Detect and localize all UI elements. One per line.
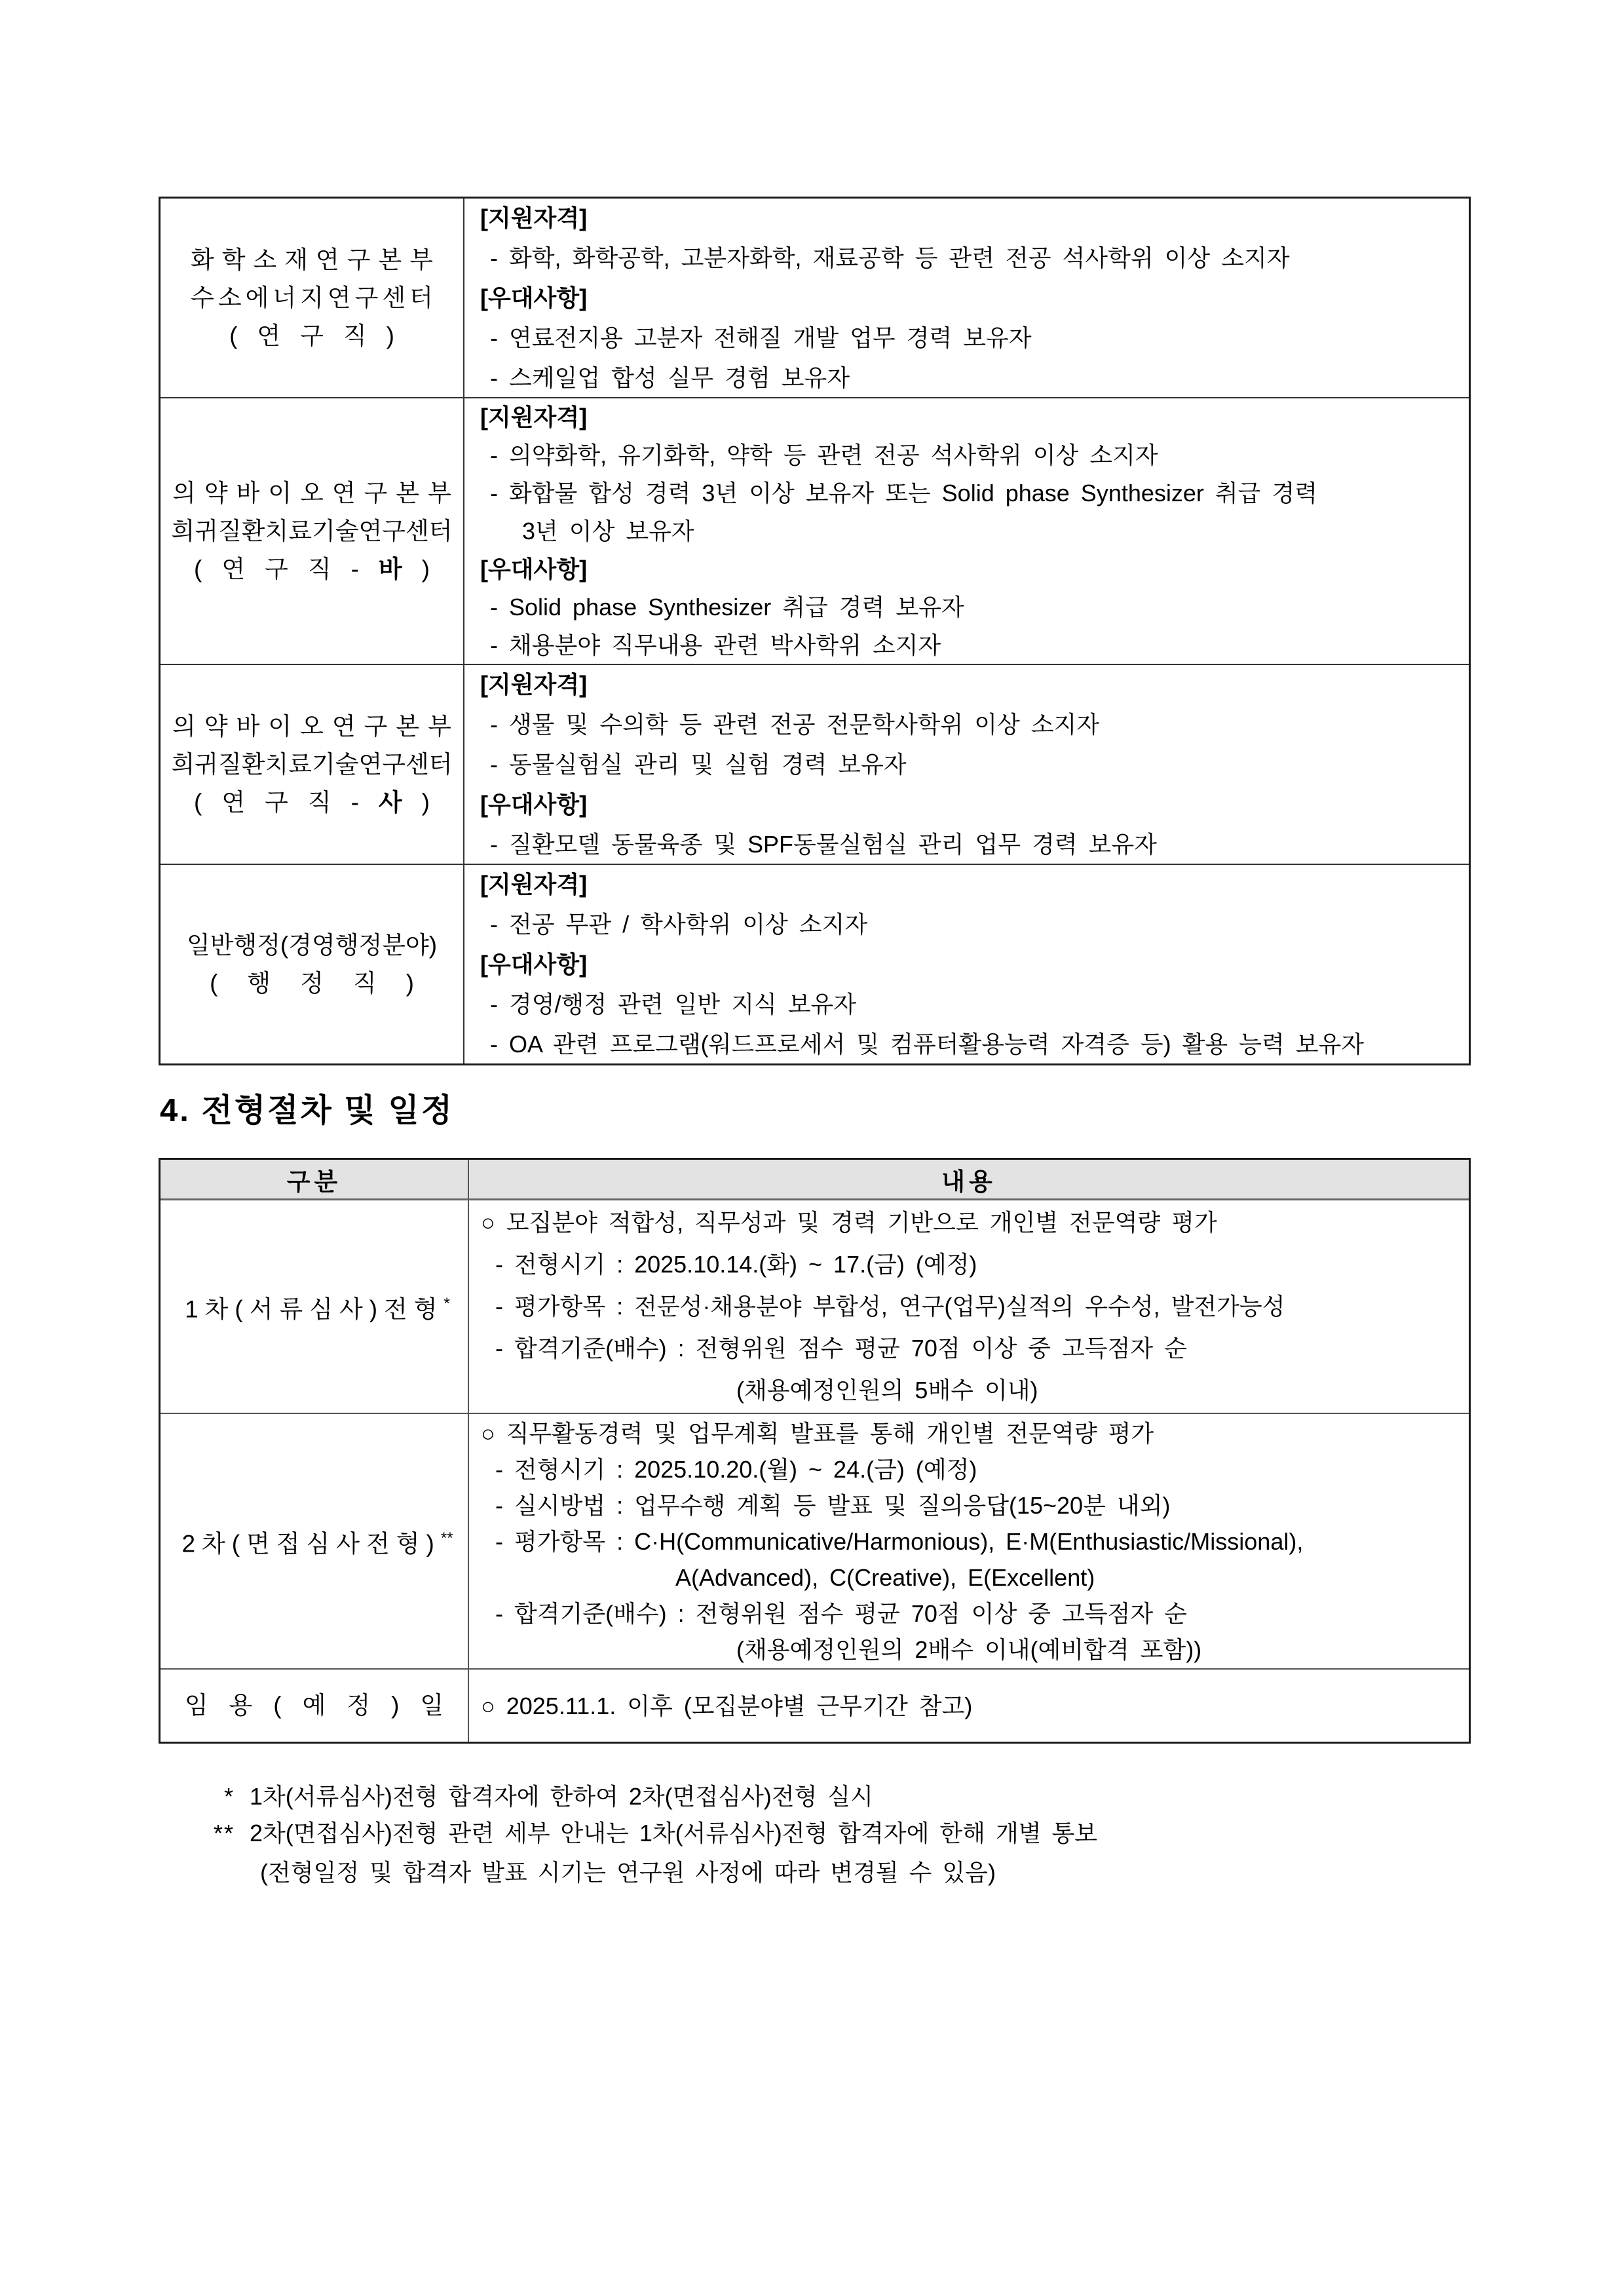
footnote-text: 2차(면접심사)전형 관련 세부 안내는 1차(서류심사)전형 합격자에 한해 …: [250, 1815, 1097, 1852]
header-cell-category: 구분: [161, 1160, 469, 1198]
requirements-section-label: [우대사항]: [480, 278, 1462, 318]
dept-cell: 의약바이오연구본부 희귀질환치료기술연구센터 (연구직-사): [161, 665, 464, 864]
dept-cell: 의약바이오연구본부 희귀질환치료기술연구센터 (연구직-바): [161, 398, 464, 664]
schedule-table: 구분 내용 1차(서류심사)전형* ○ 모집분야 적합성, 직무성과 및 경력 …: [159, 1158, 1471, 1744]
detail-line: - 합격기준(배수) : 전형위원 점수 평균 70점 이상 중 고득점자 순: [481, 1596, 1462, 1632]
qualifications-table: 화학소재연구본부 수소에너지연구센터 (연구직) [지원자격] - 화학, 화학…: [159, 197, 1471, 1065]
dept-line: 수소에너지연구센터: [187, 279, 437, 317]
requirements-section-label: [우대사항]: [480, 944, 1462, 984]
detail-line-continuation: A(Advanced), C(Creative), E(Excellent): [481, 1559, 1462, 1596]
requirement-line: - 경영/행정 관련 일반 지식 보유자: [480, 984, 1462, 1024]
requirements-section-label: [지원자격]: [480, 865, 1462, 904]
footnote-ref: *: [444, 1295, 450, 1312]
stage-cell: 2차(면접심사전형)**: [161, 1414, 469, 1668]
stage-label: 1차(서류심사)전형*: [178, 1285, 450, 1328]
footnote-text: (전형일정 및 합격자 발표 시기는 연구원 사정에 따라 변경될 수 있음): [250, 1854, 996, 1891]
dept-line: 희귀질환치료기술연구센터: [172, 512, 453, 550]
requirement-line: - Solid phase Synthesizer 취급 경력 보유자: [480, 588, 1462, 626]
table-row: 1차(서류심사)전형* ○ 모집분야 적합성, 직무성과 및 경력 기반으로 개…: [161, 1200, 1469, 1413]
dept-line: 일반행정(경영행정분야): [187, 927, 437, 965]
detail-line: - 평가항목 : C·H(Communicative/Harmonious), …: [481, 1523, 1462, 1559]
requirements-cell: [지원자격] - 화학, 화학공학, 고분자화학, 재료공학 등 관련 전공 석…: [464, 199, 1469, 397]
requirement-line: - 화학, 화학공학, 고분자화학, 재료공학 등 관련 전공 석사학위 이상 …: [480, 238, 1462, 278]
requirement-line: - 동물실험실 관리 및 실험 경력 보유자: [480, 744, 1462, 784]
detail-line: - 실시방법 : 업무수행 계획 등 발표 및 질의응답(15~20분 내외): [481, 1487, 1462, 1523]
dept-cell: 일반행정(경영행정분야) (행정직): [161, 865, 464, 1063]
requirement-line: - 화합물 합성 경력 3년 이상 보유자 또는 Solid phase Syn…: [480, 474, 1462, 512]
requirement-line: - 스케일업 합성 실무 경험 보유자: [480, 358, 1462, 397]
detail-line: ○ 직무활동경력 및 업무계획 발표를 통해 개인별 전문역량 평가: [481, 1415, 1462, 1451]
section-title: 4. 전형절차 및 일정: [160, 1090, 454, 1131]
requirement-line: - 의약화학, 유기화학, 약학 등 관련 전공 석사학위 이상 소지자: [480, 436, 1462, 474]
dept-line: 의약바이오연구본부: [164, 474, 460, 512]
requirements-cell: [지원자격] - 전공 무관 / 학사학위 이상 소지자 [우대사항] - 경영…: [464, 865, 1469, 1063]
dept-cell: 화학소재연구본부 수소에너지연구센터 (연구직): [161, 199, 464, 397]
requirements-section-label: [우대사항]: [480, 550, 1462, 588]
detail-line: ○ 모집분야 적합성, 직무성과 및 경력 기반으로 개인별 전문역량 평가: [481, 1202, 1462, 1244]
requirement-line: - 전공 무관 / 학사학위 이상 소지자: [480, 904, 1462, 944]
footnote-text: 1차(서류심사)전형 합격자에 한하여 2차(면접심사)전형 실시: [250, 1778, 873, 1815]
requirements-cell: [지원자격] - 생물 및 수의학 등 관련 전공 전문학사학위 이상 소지자 …: [464, 665, 1469, 864]
footnote: (전형일정 및 합격자 발표 시기는 연구원 사정에 따라 변경될 수 있음): [159, 1854, 1443, 1891]
table-row: 일반행정(경영행정분야) (행정직) [지원자격] - 전공 무관 / 학사학위…: [161, 864, 1469, 1063]
detail-line: - 평가항목 : 전문성·채용분야 부합성, 연구(업무)실적의 우수성, 발전…: [481, 1286, 1462, 1328]
requirement-line: - 채용분야 직무내용 관련 박사학위 소지자: [480, 626, 1462, 664]
table-row: 2차(면접심사전형)** ○ 직무활동경력 및 업무계획 발표를 통해 개인별 …: [161, 1413, 1469, 1668]
table-row: 화학소재연구본부 수소에너지연구센터 (연구직) [지원자격] - 화학, 화학…: [161, 199, 1469, 397]
table-row: 임용(예정)일 ○ 2025.11.1. 이후 (모집분야별 근무기간 참고): [161, 1668, 1469, 1742]
stage-label: 2차(면접심사전형)**: [175, 1520, 453, 1563]
stage-detail-cell: ○ 모집분야 적합성, 직무성과 및 경력 기반으로 개인별 전문역량 평가 -…: [469, 1200, 1469, 1413]
requirement-line: - 질환모델 동물육종 및 SPF동물실험실 관리 업무 경력 보유자: [480, 824, 1462, 864]
requirement-line: - 생물 및 수의학 등 관련 전공 전문학사학위 이상 소지자: [480, 704, 1462, 744]
dept-line: 화학소재연구본부: [183, 241, 441, 279]
requirements-section-label: [우대사항]: [480, 784, 1462, 824]
table-row: 의약바이오연구본부 희귀질환치료기술연구센터 (연구직-사) [지원자격] - …: [161, 664, 1469, 864]
requirement-line: - 연료전지용 고분자 전해질 개발 업무 경력 보유자: [480, 318, 1462, 358]
dept-line: (연구직): [210, 317, 414, 355]
stage-label: 임용(예정)일: [164, 1687, 464, 1725]
stage-detail-cell: ○ 2025.11.1. 이후 (모집분야별 근무기간 참고): [469, 1670, 1469, 1742]
dept-line: (연구직-바): [174, 550, 449, 588]
requirements-section-label: [지원자격]: [480, 199, 1462, 238]
requirements-section-label: [지원자격]: [480, 665, 1462, 704]
document-page: 화학소재연구본부 수소에너지연구센터 (연구직) [지원자격] - 화학, 화학…: [0, 0, 1624, 2296]
stage-cell: 1차(서류심사)전형*: [161, 1200, 469, 1413]
dept-line: (행정직): [180, 965, 444, 1003]
stage-detail-cell: ○ 직무활동경력 및 업무계획 발표를 통해 개인별 전문역량 평가 - 전형시…: [469, 1414, 1469, 1668]
dept-line: (연구직-사): [174, 784, 449, 822]
requirement-line: - OA 관련 프로그램(워드프로세서 및 컴퓨터활용능력 자격증 등) 활용 …: [480, 1024, 1462, 1063]
detail-line-continuation: (채용예정인원의 5배수 이내): [481, 1369, 1462, 1411]
table-header-row: 구분 내용: [161, 1160, 1469, 1200]
requirement-line-continuation: 3년 이상 보유자: [480, 512, 1462, 550]
requirements-section-label: [지원자격]: [480, 398, 1462, 436]
footnote: * 1차(서류심사)전형 합격자에 한하여 2차(면접심사)전형 실시: [159, 1778, 1443, 1815]
footnote-marker: **: [159, 1815, 235, 1852]
header-cell-content: 내용: [469, 1160, 1469, 1198]
dept-line: 희귀질환치료기술연구센터: [172, 746, 453, 784]
stage-cell: 임용(예정)일: [161, 1670, 469, 1742]
detail-line: - 전형시기 : 2025.10.20.(월) ~ 24.(금) (예정): [481, 1451, 1462, 1487]
footnotes: * 1차(서류심사)전형 합격자에 한하여 2차(면접심사)전형 실시 ** 2…: [159, 1778, 1443, 1891]
footnote-ref: **: [441, 1529, 453, 1547]
detail-line: - 전형시기 : 2025.10.14.(화) ~ 17.(금) (예정): [481, 1244, 1462, 1286]
dept-line: 의약바이오연구본부: [164, 708, 460, 746]
requirements-cell: [지원자격] - 의약화학, 유기화학, 약학 등 관련 전공 석사학위 이상 …: [464, 398, 1469, 664]
detail-line: - 합격기준(배수) : 전형위원 점수 평균 70점 이상 중 고득점자 순: [481, 1328, 1462, 1369]
detail-line-continuation: (채용예정인원의 2배수 이내(예비합격 포함)): [481, 1632, 1462, 1668]
footnote: ** 2차(면접심사)전형 관련 세부 안내는 1차(서류심사)전형 합격자에 …: [159, 1815, 1443, 1852]
table-row: 의약바이오연구본부 희귀질환치료기술연구센터 (연구직-바) [지원자격] - …: [161, 397, 1469, 664]
footnote-marker: *: [159, 1778, 235, 1815]
detail-line: ○ 2025.11.1. 이후 (모집분야별 근무기간 참고): [481, 1688, 1462, 1724]
